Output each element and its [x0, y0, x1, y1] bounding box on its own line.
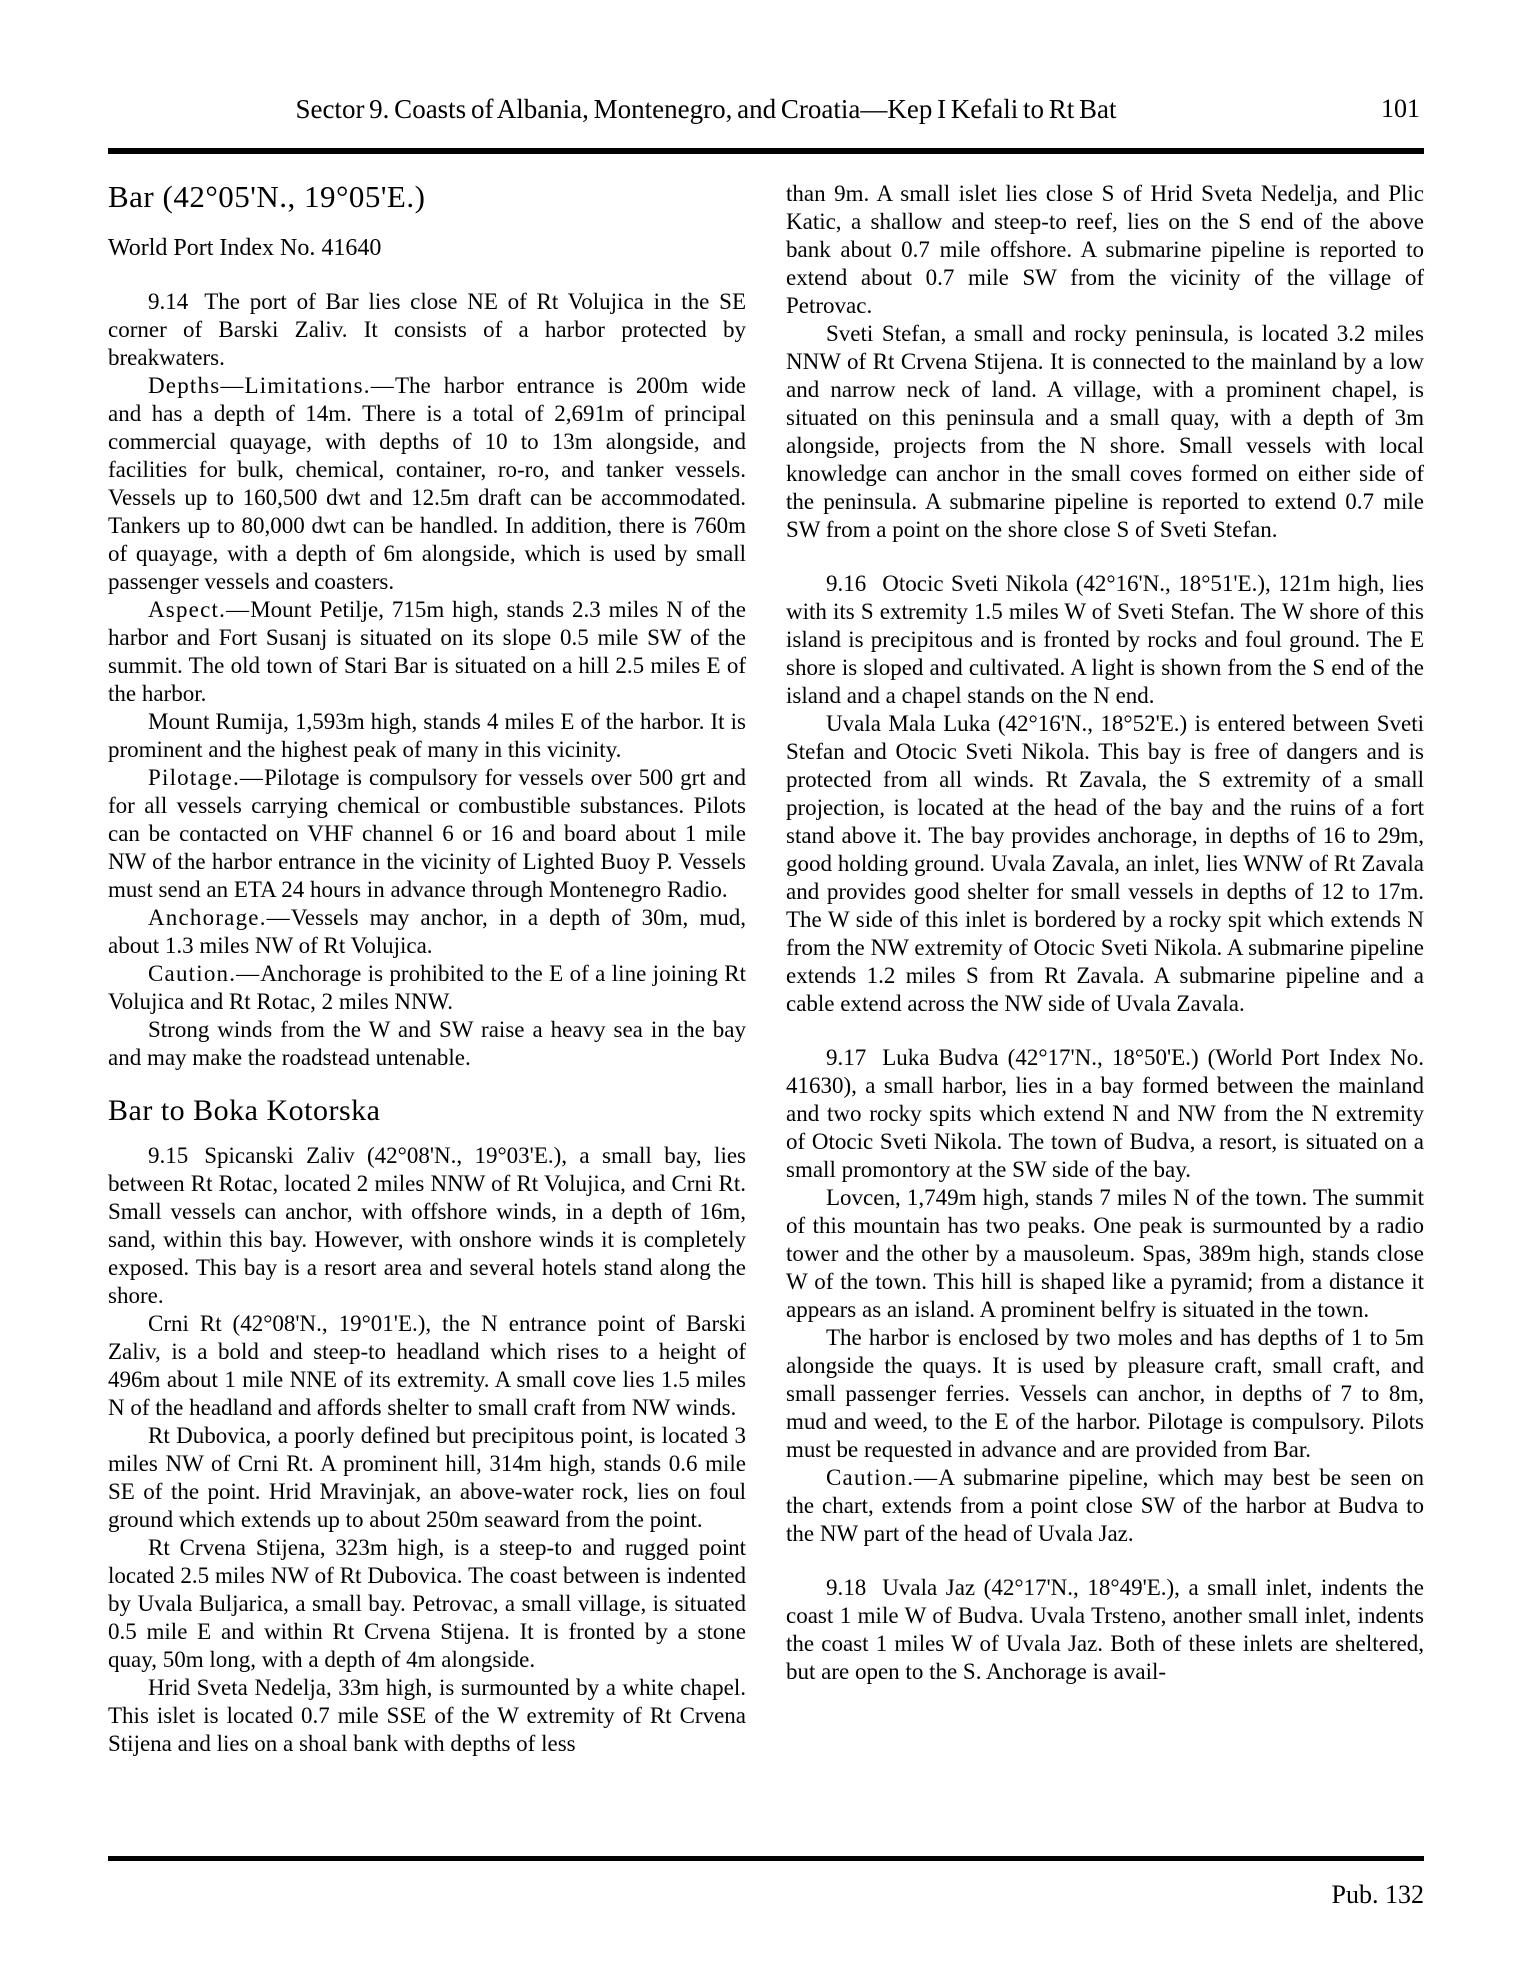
paragraph-lead: Caution.—: [148, 961, 260, 986]
paragraph-lead: Aspect.—: [148, 597, 250, 622]
paragraph-number: 9.15: [148, 1143, 188, 1168]
paragraph-9-18: 9.18Uvala Jaz (42°17'N., 18°49'E.), a sm…: [786, 1574, 1424, 1686]
right-column: than 9m. A small islet lies close S of H…: [786, 154, 1424, 1758]
paragraph-mount-rumija: Mount Rumija, 1,593m high, stands 4 mile…: [108, 708, 746, 764]
page-body: Bar (42°05'N., 19°05'E.) World Port Inde…: [108, 154, 1424, 1758]
paragraph-9-15: 9.15Spicanski Zaliv (42°08'N., 19°03'E.)…: [108, 1142, 746, 1310]
paragraph-lovcen: Lovcen, 1,749m high, stands 7 miles N of…: [786, 1184, 1424, 1324]
paragraph-budva-harbor: The harbor is enclosed by two moles and …: [786, 1324, 1424, 1464]
paragraph-9-17: 9.17Luka Budva (42°17'N., 18°50'E.) (Wor…: [786, 1044, 1424, 1184]
left-column: Bar (42°05'N., 19°05'E.) World Port Inde…: [108, 154, 746, 1758]
paragraph-text: Sveti Stefan, a small and rocky peninsul…: [786, 321, 1424, 542]
paragraph-rt-crvena-stijena: Rt Crvena Stijena, 323m high, is a steep…: [108, 1534, 746, 1674]
paragraph-aspect: Aspect.—Mount Petilje, 715m high, stands…: [108, 596, 746, 708]
paragraph-lead: Depths—Limitations.—: [148, 373, 395, 398]
port-title: Bar (42°05'N., 19°05'E.): [108, 180, 746, 214]
paragraph-text: Lovcen, 1,749m high, stands 7 miles N of…: [786, 1185, 1424, 1322]
paragraph-lead: Pilotage.—: [148, 765, 264, 790]
paragraph-lead: Anchorage.—: [148, 905, 291, 930]
paragraph-sveti-stefan: Sveti Stefan, a small and rocky peninsul…: [786, 320, 1424, 544]
paragraph-number: 9.18: [826, 1575, 866, 1600]
paragraph-text: than 9m. A small islet lies close S of H…: [786, 181, 1424, 318]
paragraph-9-16: 9.16Otocic Sveti Nikola (42°16'N., 18°51…: [786, 570, 1424, 710]
paragraph-caution: Caution.—Anchorage is prohibited to the …: [108, 960, 746, 1016]
running-head: Sector 9. Coasts of Albania, Montenegro,…: [108, 92, 1304, 126]
paragraph-text: Spicanski Zaliv (42°08'N., 19°03'E.), a …: [108, 1143, 746, 1308]
paragraph-uvala-mala-luka: Uvala Mala Luka (42°16'N., 18°52'E.) is …: [786, 710, 1424, 1018]
paragraph-pilotage: Pilotage.—Pilotage is compulsory for ves…: [108, 764, 746, 904]
paragraph-text: Strong winds from the W and SW raise a h…: [108, 1017, 746, 1070]
paragraph-text: Rt Crvena Stijena, 323m high, is a steep…: [108, 1535, 746, 1672]
paragraph-text: The harbor is enclosed by two moles and …: [786, 1325, 1424, 1462]
world-port-index: World Port Index No. 41640: [108, 234, 746, 262]
paragraph-crni-rt: Crni Rt (42°08'N., 19°01'E.), the N entr…: [108, 1310, 746, 1422]
paragraph-text: Uvala Mala Luka (42°16'N., 18°52'E.) is …: [786, 711, 1424, 1016]
paragraph-number: 9.17: [826, 1045, 866, 1070]
document-page: Sector 9. Coasts of Albania, Montenegro,…: [0, 0, 1530, 1980]
paragraph-depths: Depths—Limitations.—The harbor entrance …: [108, 372, 746, 596]
page-number: 101: [1381, 92, 1420, 126]
paragraph-text: Hrid Sveta Nedelja, 33m high, is surmoun…: [108, 1675, 746, 1756]
paragraph-text: Rt Dubovica, a poorly defined but precip…: [108, 1423, 746, 1532]
paragraph-rt-dubovica: Rt Dubovica, a poorly defined but precip…: [108, 1422, 746, 1534]
paragraph-text: Crni Rt (42°08'N., 19°01'E.), the N entr…: [108, 1311, 746, 1420]
paragraph-anchorage: Anchorage.—Vessels may anchor, in a dept…: [108, 904, 746, 960]
paragraph-lead: Caution.—: [826, 1465, 938, 1490]
paragraph-hrid-sveta-nedelja: Hrid Sveta Nedelja, 33m high, is surmoun…: [108, 1674, 746, 1758]
paragraph-text: Uvala Jaz (42°17'N., 18°49'E.), a small …: [786, 1575, 1424, 1684]
paragraph-number: 9.16: [826, 571, 866, 596]
paragraph-9-14: 9.14The port of Bar lies close NE of Rt …: [108, 288, 746, 372]
footer-rule: [108, 1856, 1424, 1861]
page-header: Sector 9. Coasts of Albania, Montenegro,…: [108, 92, 1424, 132]
paragraph-text: Mount Rumija, 1,593m high, stands 4 mile…: [108, 709, 746, 762]
paragraph-caution-budva: Caution.—A submarine pipeline, which may…: [786, 1464, 1424, 1548]
section-heading: Bar to Boka Kotorska: [108, 1094, 746, 1128]
paragraph-number: 9.14: [148, 289, 188, 314]
paragraph-text: The port of Bar lies close NE of Rt Volu…: [108, 289, 746, 370]
paragraph-text: The harbor entrance is 200m wide and has…: [108, 373, 746, 594]
paragraph-continuation: than 9m. A small islet lies close S of H…: [786, 180, 1424, 320]
paragraph-text: Luka Budva (42°17'N., 18°50'E.) (World P…: [786, 1045, 1424, 1182]
paragraph-text: Otocic Sveti Nikola (42°16'N., 18°51'E.)…: [786, 571, 1424, 708]
publication-footer: Pub. 132: [1332, 1880, 1424, 1910]
paragraph-strong-winds: Strong winds from the W and SW raise a h…: [108, 1016, 746, 1072]
